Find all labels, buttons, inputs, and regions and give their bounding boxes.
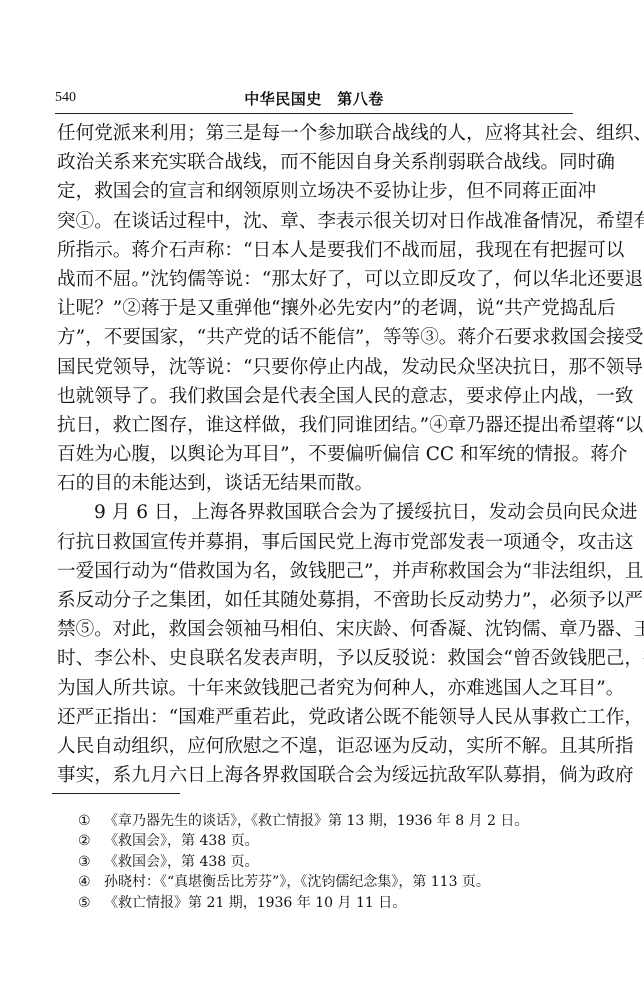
running-title: 中华民国史 第八卷 — [55, 88, 573, 109]
body-text: 任何党派来利用；第三是每一个参加联合战线的人，应将其社会、组织、 政治关系来充实… — [57, 119, 573, 790]
header-rule — [55, 113, 573, 114]
text-line: 禁⑤。对此，救国会领袖马相伯、宋庆龄、何香凝、沈钧儒、章乃器、王造 — [57, 615, 573, 644]
footnotes: ① 《章乃器先生的谈话》，《救亡情报》第 13 期，1936 年 8 月 2 日… — [78, 811, 578, 913]
footnote-marker: ④ — [78, 872, 104, 892]
text-line: 行抗日救国宣传并募捐，事后国民党上海市党部发表一项通令，攻击这 — [57, 528, 573, 557]
text-line: 为国人所共谅。十年来敛钱肥己者究为何种人，亦难逃国人之耳目”。 — [57, 674, 573, 703]
footnote-text: 《救国会》，第 438 页。 — [104, 831, 259, 851]
footnote-text: 《救亡情报》第 21 期，1936 年 10 月 11 日。 — [104, 893, 406, 913]
text-line: 也就领导了。我们救国会是代表全国人民的意志，要求停止内战，一致 — [57, 382, 573, 411]
footnote-text: 《救国会》，第 438 页。 — [104, 852, 259, 872]
footnote-3: ③ 《救国会》，第 438 页。 — [78, 852, 578, 872]
footnote-text: 孙晓村：《“真堪衡岳比芳芬”》，《沈钧儒纪念集》，第 113 页。 — [104, 872, 490, 892]
text-line: 还严正指出：“国难严重若此，党政诸公既不能领导人民从事救亡工作， — [57, 703, 573, 732]
footnote-2: ② 《救国会》，第 438 页。 — [78, 831, 578, 851]
text-line: 定，救国会的宣言和纲领原则立场决不妥协让步，但不同蒋正面冲 — [57, 177, 573, 206]
text-line: 让呢？”②蒋于是又重弹他“攘外必先安内”的老调，说“共产党捣乱后 — [57, 294, 573, 323]
footnote-text: 《章乃器先生的谈话》，《救亡情报》第 13 期，1936 年 8 月 2 日。 — [104, 811, 528, 831]
text-line: 一爱国行动为“借救国为名，敛钱肥己”，并声称救国会为“非法组织，且 — [57, 557, 573, 586]
text-line: 抗日，救亡图存，谁这样做，我们同谁团结。”④章乃器还提出希望蒋“以 — [57, 411, 573, 440]
page-header: 540 中华民国史 第八卷 — [55, 88, 573, 110]
footnote-marker: ① — [78, 811, 104, 831]
text-line: 所指示。蒋介石声称：“日本人是要我们不战而屈，我现在有把握可以 — [57, 236, 573, 265]
text-line: 百姓为心腹，以舆论为耳目”，不要偏听偏信 CC 和军统的情报。蒋介 — [57, 440, 573, 469]
text-line: 战而不屈。”沈钧儒等说：“那太好了，可以立即反攻了，何以华北还要退 — [57, 265, 573, 294]
footnote-marker: ② — [78, 831, 104, 851]
paragraph-start-line: 9 月 6 日，上海各界救国联合会为了援绥抗日，发动会员向民众进 — [57, 498, 573, 527]
text-line: 时、李公朴、史良联名发表声明，予以反驳说：救国会“曾否敛钱肥己，想 — [57, 644, 573, 673]
footnote-4: ④ 孙晓村：《“真堪衡岳比芳芬”》，《沈钧儒纪念集》，第 113 页。 — [78, 872, 578, 892]
text-line: 事实，系九月六日上海各界救国联合会为绥远抗敌军队募捐，倘为政府 — [57, 761, 573, 790]
book-page: 540 中华民国史 第八卷 任何党派来利用；第三是每一个参加联合战线的人，应将其… — [0, 0, 644, 1000]
text-line: 系反动分子之集团，如任其随处募捐，不啻助长反动势力”，必须予以严 — [57, 586, 573, 615]
footnote-1: ① 《章乃器先生的谈话》，《救亡情报》第 13 期，1936 年 8 月 2 日… — [78, 811, 578, 831]
text-line: 国民党领导，沈等说：“只要你停止内战，发动民众坚决抗日，那不领导 — [57, 353, 573, 382]
text-line: 突①。在谈话过程中，沈、章、李表示很关切对日作战准备情况，希望有 — [57, 207, 573, 236]
text-line: 政治关系来充实联合战线，而不能因自身关系削弱联合战线。同时确 — [57, 148, 573, 177]
footnote-separator — [52, 793, 180, 794]
footnote-5: ⑤ 《救亡情报》第 21 期，1936 年 10 月 11 日。 — [78, 893, 578, 913]
text-line: 方”，不要国家，“共产党的话不能信”，等等③。蒋介石要求救国会接受 — [57, 323, 573, 352]
footnote-marker: ③ — [78, 852, 104, 872]
text-line: 石的目的未能达到，谈话无结果而散。 — [57, 469, 573, 498]
text-line: 任何党派来利用；第三是每一个参加联合战线的人，应将其社会、组织、 — [57, 119, 573, 148]
footnote-marker: ⑤ — [78, 893, 104, 913]
text-line: 人民自动组织，应何欣慰之不遑，讵忍诬为反动，实所不解。且其所指 — [57, 732, 573, 761]
